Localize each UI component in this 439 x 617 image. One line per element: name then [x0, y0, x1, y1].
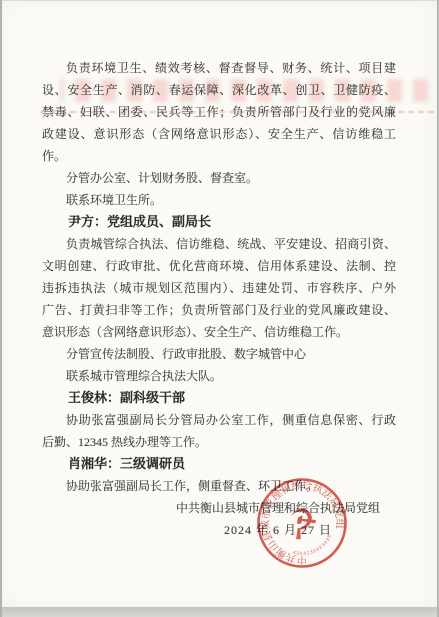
scan-edge-left	[0, 0, 2, 617]
scan-edge-top	[0, 0, 439, 1]
text-line: 负责城管综合执法、信访维稳、统战、平安建设、招商引资、	[42, 233, 396, 255]
text-line: 协助张富强副局长分管局办公室工作，侧重信息保密、行政	[42, 409, 396, 431]
scanned-page: 负责环境卫生、绩效考核、督查督导、财务、统计、项目建设、安全生产、消防、春运保障…	[2, 0, 437, 607]
text-line: 违拆违执法（城市规划区范围内）、违建处罚、市容秩序、户外	[42, 277, 396, 299]
seal-group: 中共衡山县城市管理和综合执法局党组 4304230023035 ☭	[247, 468, 357, 578]
text-line: 分管办公室、计划财务股、督查室。	[42, 167, 396, 189]
text-line: 设、安全生产、消防、春运保障、深化改革、创卫、卫健防疫、	[42, 79, 396, 101]
text-line: 分管宣传法制股、行政审批股、数字城管中心	[42, 343, 396, 365]
text-line: 广告、打黄扫非等工作；负责所管部门及行业的党风廉政建设、	[42, 299, 396, 321]
text-line: 作。	[42, 145, 396, 167]
text-line: 王俊林：副科级干部	[42, 387, 396, 409]
text-line: 联系环境卫生所。	[42, 189, 396, 211]
scan-edge-bottom	[2, 607, 437, 617]
text-line: 文明创建、行政审批、优化营商环境、信用体系建设、法制、控	[42, 255, 396, 277]
text-line: 联系城市管理综合执法大队。	[42, 365, 396, 387]
hammer-and-sickle-icon: ☭	[277, 497, 327, 549]
text-line: 负责环境卫生、绩效考核、督查督导、财务、统计、项目建	[42, 57, 396, 79]
text-line: 后勤、12345 热线办理等工作。	[42, 431, 396, 453]
text-line: 政建设、意识形态（含网络意识形态）、安全生产、信访维稳工	[42, 123, 396, 145]
text-line: 意识形态（含网络意识形态）、安全生产、信访维稳工作。	[42, 321, 396, 343]
party-committee-seal: 中共衡山县城市管理和综合执法局党组 4304230023035 ☭	[247, 468, 357, 578]
text-line: 禁毒、妇联、团委、民兵等工作；负责所管部门及行业的党风廉	[42, 101, 396, 123]
text-line: 尹方：党组成员、副局长	[42, 211, 396, 233]
